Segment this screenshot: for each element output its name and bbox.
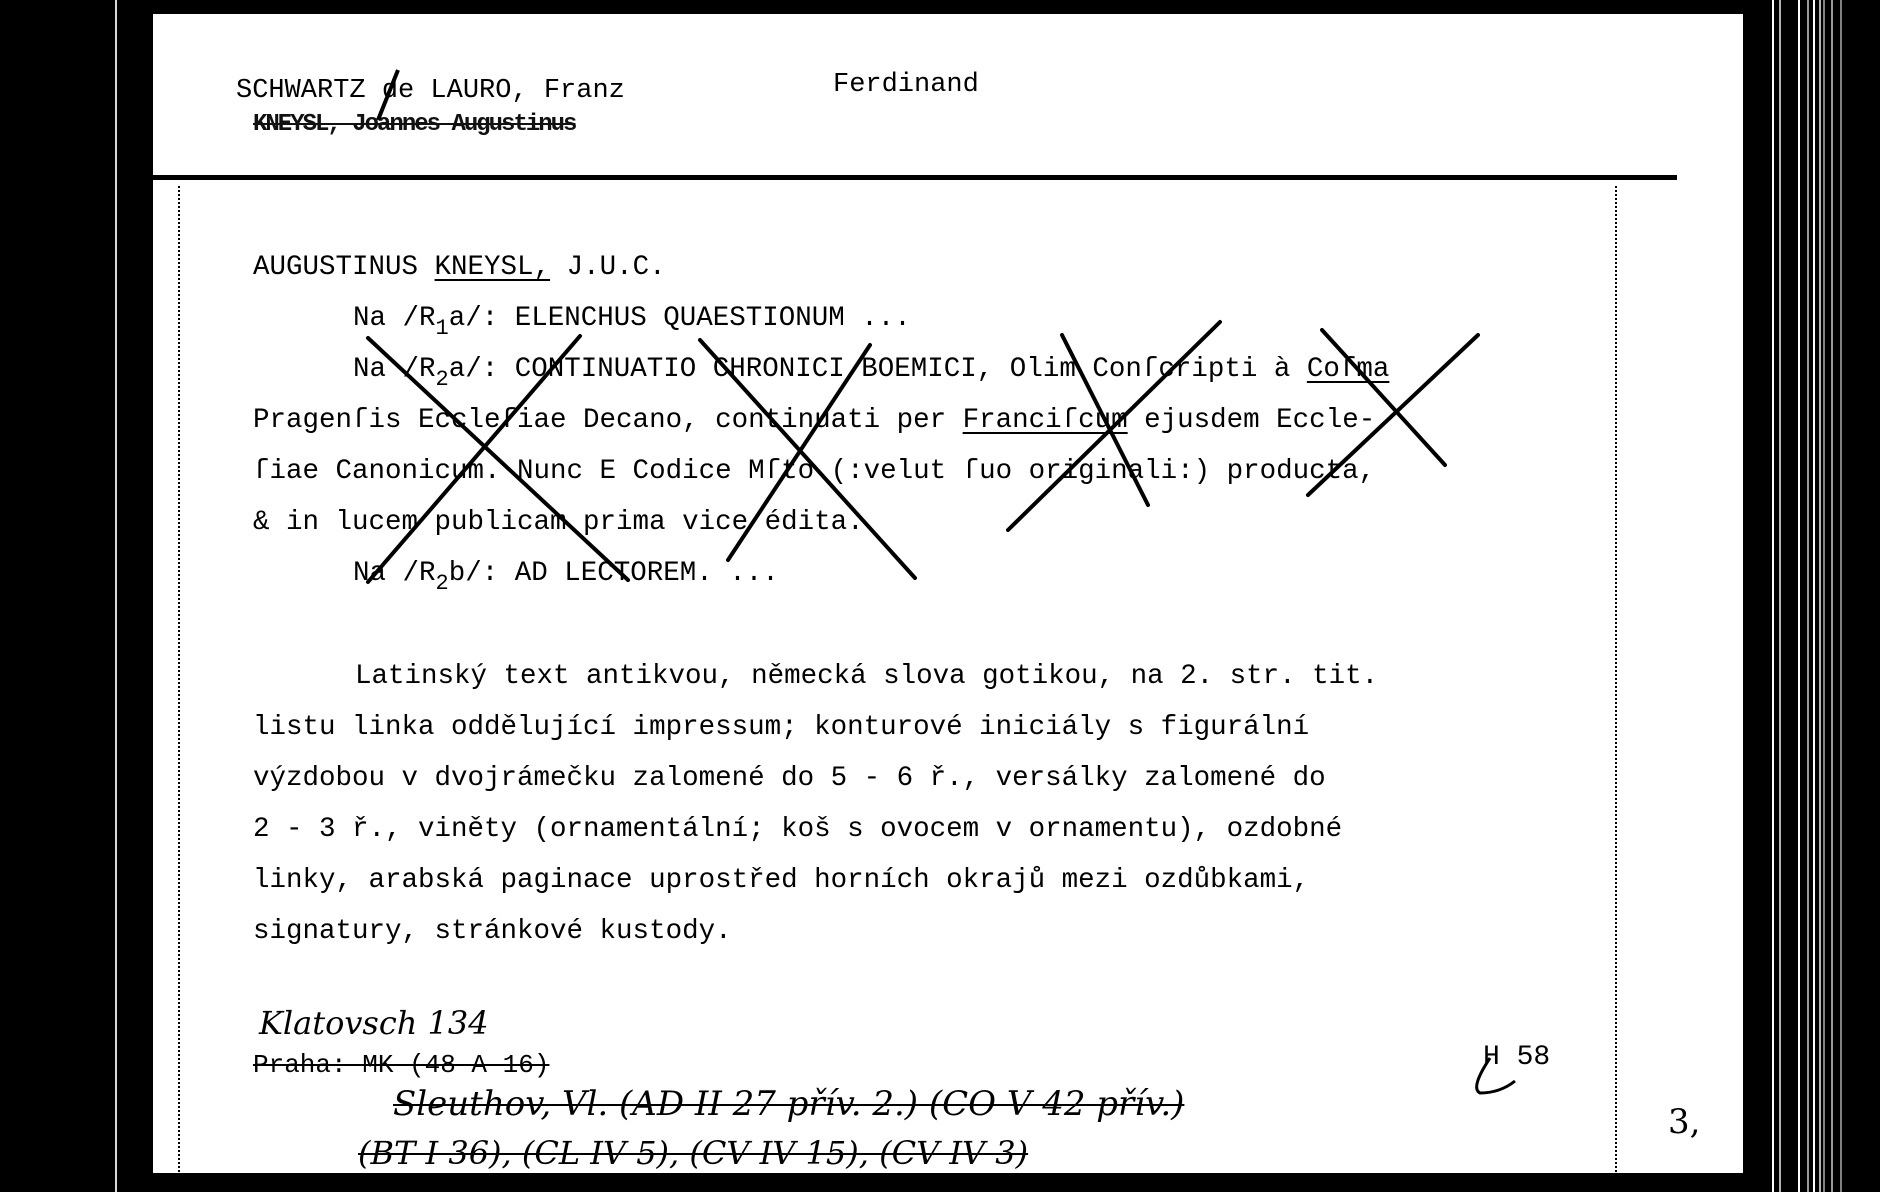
scan-border-right — [1743, 0, 1880, 1192]
right-margin-dotted-line — [1615, 186, 1617, 1176]
entry-line-3: Pragenſis Eccleſiae Decano, continuati p… — [253, 407, 1375, 435]
description-line-6: signatury, stránkové kustody. — [253, 918, 732, 946]
handwritten-location: Klatovsch 134 — [259, 1004, 489, 1042]
header-rule — [153, 175, 1677, 180]
entry-line-2: Na /R2a/: CONTINUATIO CHRONICI BOEMICI, … — [353, 356, 1389, 384]
entry-line-1: Na /R1a/: ELENCHUS QUAESTIONUM ... — [353, 305, 911, 333]
author-surname: KNEYSL, — [435, 252, 551, 283]
struck-former-heading: KNEYSL, Joannes Augustinus — [253, 113, 575, 137]
description-line-3: výzdobou v dvojrámečku zalomené do 5 - 6… — [253, 765, 1326, 793]
struck-handwritten-holdings-1: Sleuthov, Vl. (AD II 27 přív. 2.) (CO V … — [393, 1084, 1184, 1124]
entry-line-4: ſiae Canonicum. Nunc E Codice Mſto (:vel… — [253, 458, 1375, 486]
scan-border-line — [115, 0, 117, 1192]
description-line-1: Latinský text antikvou, německá slova go… — [355, 663, 1378, 691]
description-line-2: listu linka oddělující impressum; kontur… — [253, 714, 1309, 742]
heading-name: SCHWARTZ de LAURO, Franz — [236, 78, 625, 105]
description-line-5: linky, arabská paginace uprostřed horníc… — [253, 867, 1309, 895]
left-margin-dotted-line — [178, 186, 180, 1176]
author-first-name: AUGUSTINUS — [253, 252, 418, 283]
catalog-card: SCHWARTZ de LAURO, Franz Ferdinand KNEYS… — [153, 14, 1743, 1173]
entry-author: AUGUSTINUS KNEYSL, J.U.C. — [253, 254, 666, 282]
struck-typed-holding: Praha: MK (48 A 16) — [253, 1052, 549, 1078]
entry-line-5: & in lucem publicam prima vice édita. — [253, 509, 864, 537]
author-suffix: J.U.C. — [567, 252, 666, 283]
heading-given-name: Ferdinand — [833, 72, 979, 99]
description-line-4: 2 - 3 ř., viněty (ornamentální; koš s ov… — [253, 816, 1342, 844]
entry-line-6: Na /R2b/: AD LECTOREM. ... — [353, 560, 779, 588]
shelfmark: H 58 — [1483, 1044, 1550, 1072]
card-number: 3, — [1668, 1102, 1700, 1142]
struck-handwritten-holdings-2: (BT I 36), (CL IV 5), (CV IV 15), (CV IV… — [358, 1134, 1028, 1172]
